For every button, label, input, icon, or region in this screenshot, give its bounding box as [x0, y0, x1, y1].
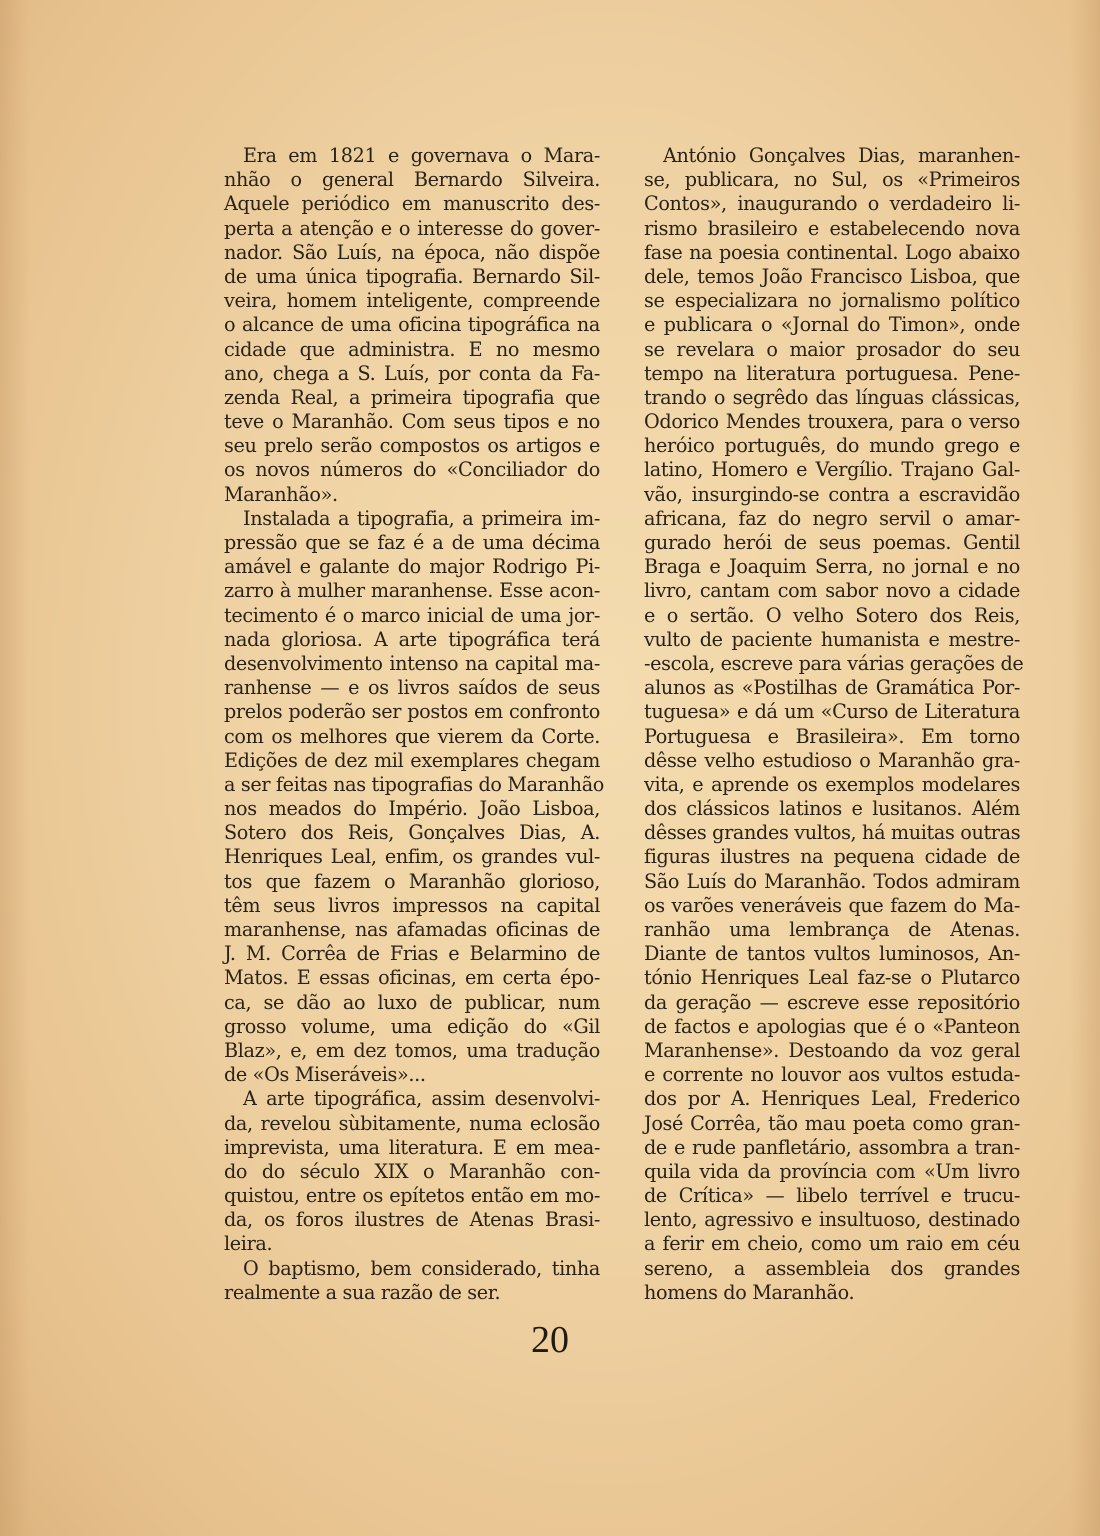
- text-line: vita, e aprende os exemplos modelares: [644, 773, 1020, 797]
- text-line: Sotero dos Reis, Gonçalves Dias, A.: [224, 821, 600, 845]
- text-line: com os melhores que vierem da Corte.: [224, 725, 600, 749]
- text-line: maranhense, nas afamadas oficinas de: [224, 918, 600, 942]
- text-line: desenvolvimento intenso na capital ma-: [224, 652, 600, 676]
- text-line: seu prelo serão compostos os artigos e: [224, 434, 600, 458]
- text-line: dos por A. Henriques Leal, Frederico: [644, 1087, 1020, 1111]
- text-line: de uma única tipografia. Bernardo Sil-: [224, 265, 600, 289]
- text-line: a ferir em cheio, como um raio em céu: [644, 1232, 1020, 1256]
- text-line: dele, temos João Francisco Lisboa, que: [644, 265, 1020, 289]
- text-line: livro, cantam com sabor novo a cidade: [644, 579, 1020, 603]
- text-line: ano, chega a S. Luís, por conta da Fa-: [224, 362, 600, 386]
- text-line: zarro à mulher maranhense. Esse acon-: [224, 579, 600, 603]
- text-line: tónio Henriques Leal faz-se o Plutarco: [644, 966, 1020, 990]
- text-line: de «Os Miseráveis»...: [224, 1063, 600, 1087]
- text-line: e o sertão. O velho Sotero dos Reis,: [644, 604, 1020, 628]
- text-line: nos meados do Império. João Lisboa,: [224, 797, 600, 821]
- text-line: Aquele periódico em manuscrito des-: [224, 192, 600, 216]
- text-line: Contos», inaugurando o verdadeiro li-: [644, 192, 1020, 216]
- text-line: Instalada a tipografia, a primeira im-: [224, 507, 600, 531]
- text-line: realmente a sua razão de ser.: [224, 1281, 600, 1305]
- text-line: veira, homem inteligente, compreende: [224, 289, 600, 313]
- text-line: -escola, escreve para várias gerações de: [644, 652, 1020, 676]
- text-line: e publicara o «Jornal do Timon», onde: [644, 313, 1020, 337]
- text-line: nador. São Luís, na época, não dispõe: [224, 241, 600, 265]
- text-line: tos que fazem o Maranhão glorioso,: [224, 870, 600, 894]
- text-line: tempo na literatura portuguesa. Pene-: [644, 362, 1020, 386]
- text-line: Braga e Joaquim Serra, no jornal e no: [644, 555, 1020, 579]
- text-line: pressão que se faz é a de uma décima: [224, 531, 600, 555]
- text-line: Edições de dez mil exemplares chegam: [224, 749, 600, 773]
- text-line: amável e galante do major Rodrigo Pi-: [224, 555, 600, 579]
- text-line: e corrente no louvor aos vultos estuda-: [644, 1063, 1020, 1087]
- text-line: ranhão uma lembrança de Atenas.: [644, 918, 1020, 942]
- text-line: heróico português, do mundo grego e: [644, 434, 1020, 458]
- text-line: se revelara o maior prosador do seu: [644, 338, 1020, 362]
- text-line: africana, faz do negro servil o amar-: [644, 507, 1020, 531]
- text-line: da geração — escreve esse repositório: [644, 991, 1020, 1015]
- text-line: alunos as «Postilhas de Gramática Por-: [644, 676, 1020, 700]
- text-line: prelos poderão ser postos em confronto: [224, 700, 600, 724]
- text-line: cidade que administra. E no mesmo: [224, 338, 600, 362]
- text-line: se especializara no jornalismo político: [644, 289, 1020, 313]
- text-line: vulto de paciente humanista e mestre-: [644, 628, 1020, 652]
- text-line: de Crítica» — libelo terrível e trucu-: [644, 1184, 1020, 1208]
- text-line: quila vida da província com «Um livro: [644, 1160, 1020, 1184]
- text-line: Diante de tantos vultos luminosos, An-: [644, 942, 1020, 966]
- text-line: dêsse velho estudioso o Maranhão gra-: [644, 749, 1020, 773]
- text-line: nhão o general Bernardo Silveira.: [224, 168, 600, 192]
- page-number: 20: [0, 1318, 1100, 1362]
- text-line: José Corrêa, tão mau poeta como gran-: [644, 1112, 1020, 1136]
- text-line: o alcance de uma oficina tipográfica na: [224, 313, 600, 337]
- text-line: gurado herói de seus poemas. Gentil: [644, 531, 1020, 555]
- text-line: tecimento é o marco inicial de uma jor-: [224, 604, 600, 628]
- text-line: ca, se dão ao luxo de publicar, num: [224, 991, 600, 1015]
- text-line: fase na poesia continental. Logo abaixo: [644, 241, 1020, 265]
- text-line: latino, Homero e Vergílio. Trajano Gal-: [644, 458, 1020, 482]
- text-line: quistou, entre os epítetos então em mo-: [224, 1184, 600, 1208]
- text-line: O baptismo, bem considerado, tinha: [224, 1257, 600, 1281]
- text-line: de factos e apologias que é o «Panteon: [644, 1015, 1020, 1039]
- text-line: sereno, a assembleia dos grandes: [644, 1257, 1020, 1281]
- text-line: J. M. Corrêa de Frias e Belarmino de: [224, 942, 600, 966]
- text-line: Maranhão».: [224, 483, 600, 507]
- text-line: Odorico Mendes trouxera, para o verso: [644, 410, 1020, 434]
- text-line: teve o Maranhão. Com seus tipos e no: [224, 410, 600, 434]
- text-line: os novos números do «Conciliador do: [224, 458, 600, 482]
- text-line: A arte tipográfica, assim desenvolvi-: [224, 1087, 600, 1111]
- text-line: Maranhense». Destoando da voz geral: [644, 1039, 1020, 1063]
- text-line: nada gloriosa. A arte tipográfica terá: [224, 628, 600, 652]
- text-line: ranhense — e os livros saídos de seus: [224, 676, 600, 700]
- text-line: dêsses grandes vultos, há muitas outras: [644, 821, 1020, 845]
- text-line: leira.: [224, 1232, 600, 1256]
- text-line: tuguesa» e dá um «Curso de Literatura: [644, 700, 1020, 724]
- text-line: a ser feitas nas tipografias do Maranhão: [224, 773, 600, 797]
- text-line: zenda Real, a primeira tipografia que: [224, 386, 600, 410]
- text-line: rismo brasileiro e estabelecendo nova: [644, 217, 1020, 241]
- text-line: imprevista, uma literatura. E em mea-: [224, 1136, 600, 1160]
- text-line: Era em 1821 e governava o Mara-: [224, 144, 600, 168]
- text-line: perta a atenção e o interesse do gover-: [224, 217, 600, 241]
- text-line: Matos. E essas oficinas, em certa épo-: [224, 966, 600, 990]
- text-line: os varões veneráveis que fazem do Ma-: [644, 894, 1020, 918]
- text-line: se, publicara, no Sul, os «Primeiros: [644, 168, 1020, 192]
- text-line: de e rude panfletário, assombra a tran-: [644, 1136, 1020, 1160]
- text-line: do do século XIX o Maranhão con-: [224, 1160, 600, 1184]
- text-line: da, revelou sùbitamente, numa eclosão: [224, 1112, 600, 1136]
- text-line: homens do Maranhão.: [644, 1281, 1020, 1305]
- text-line: António Gonçalves Dias, maranhen-: [644, 144, 1020, 168]
- page-shadow-left: [0, 0, 30, 1536]
- text-line: Blaz», e, em dez tomos, uma tradução: [224, 1039, 600, 1063]
- text-column-left: Era em 1821 e governava o Mara-nhão o ge…: [224, 144, 600, 1305]
- text-line: lento, agressivo e insultuoso, destinado: [644, 1208, 1020, 1232]
- text-line: da, os foros ilustres de Atenas Brasi-: [224, 1208, 600, 1232]
- text-line: têm seus livros impressos na capital: [224, 894, 600, 918]
- text-line: figuras ilustres na pequena cidade de: [644, 845, 1020, 869]
- text-line: São Luís do Maranhão. Todos admiram: [644, 870, 1020, 894]
- text-line: Portuguesa e Brasileira». Em torno: [644, 725, 1020, 749]
- text-line: Henriques Leal, enfim, os grandes vul-: [224, 845, 600, 869]
- text-line: trando o segrêdo das línguas clássicas,: [644, 386, 1020, 410]
- text-line: dos clássicos latinos e lusitanos. Além: [644, 797, 1020, 821]
- text-column-right: António Gonçalves Dias, maranhen-se, pub…: [644, 144, 1020, 1305]
- text-line: grosso volume, uma edição do «Gil: [224, 1015, 600, 1039]
- page-shadow-right: [1070, 0, 1100, 1536]
- text-line: vão, insurgindo-se contra a escravidão: [644, 483, 1020, 507]
